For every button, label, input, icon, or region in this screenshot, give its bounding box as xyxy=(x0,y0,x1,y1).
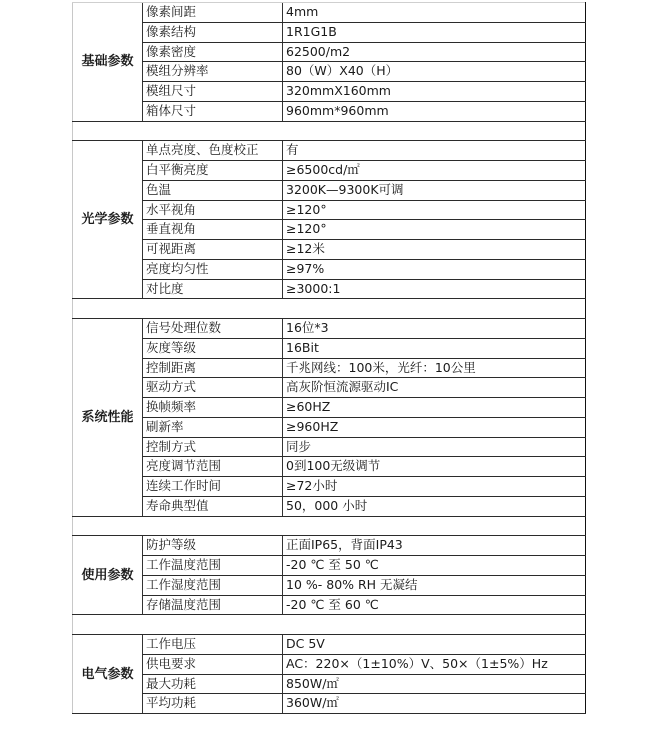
param-value: ≥120° xyxy=(283,200,586,220)
table-row: 像素密度 62500/m2 xyxy=(73,42,586,62)
param-value: 16位*3 xyxy=(283,319,586,339)
param-value: DC 5V xyxy=(283,635,586,655)
table-row: 灰度等级 16Bit xyxy=(73,338,586,358)
param-value: 4mm xyxy=(283,3,586,23)
param-value: 16Bit xyxy=(283,338,586,358)
table-row: 模组分辨率 80（W）X40（H） xyxy=(73,62,586,82)
table-row: 像素结构 1R1G1B xyxy=(73,22,586,42)
param-value: 0到100无级调节 xyxy=(283,457,586,477)
param-value: ≥12米 xyxy=(283,240,586,260)
table-row: 亮度调节范围 0到100无级调节 xyxy=(73,457,586,477)
table-row: 水平视角 ≥120° xyxy=(73,200,586,220)
table-row: 控制方式 同步 xyxy=(73,437,586,457)
param-value: 1R1G1B xyxy=(283,22,586,42)
table-row: 光学参数 单点亮度、色度校正 有 xyxy=(73,141,586,161)
param-value: 960mm*960mm xyxy=(283,101,586,121)
param-name: 白平衡亮度 xyxy=(143,161,283,181)
table-row: 工作湿度范围 10 %- 80% RH 无凝结 xyxy=(73,575,586,595)
param-name: 信号处理位数 xyxy=(143,319,283,339)
spacer-cell xyxy=(73,615,586,635)
param-name: 像素密度 xyxy=(143,42,283,62)
param-name: 灰度等级 xyxy=(143,338,283,358)
param-value: ≥120° xyxy=(283,220,586,240)
table-row: 色温 3200K—9300K可调 xyxy=(73,180,586,200)
param-name: 存储温度范围 xyxy=(143,595,283,615)
table-row: 箱体尺寸 960mm*960mm xyxy=(73,101,586,121)
table-row: 模组尺寸 320mmX160mm xyxy=(73,82,586,102)
param-value: 62500/m2 xyxy=(283,42,586,62)
param-name: 供电要求 xyxy=(143,654,283,674)
param-value: ≥72小时 xyxy=(283,477,586,497)
table-row: 使用参数 防护等级 正面IP65，背面IP43 xyxy=(73,536,586,556)
param-value: -20 ℃ 至 60 ℃ xyxy=(283,595,586,615)
param-value: 同步 xyxy=(283,437,586,457)
param-value: 320mmX160mm xyxy=(283,82,586,102)
section-title-system: 系统性能 xyxy=(73,319,143,517)
param-value: ≥960HZ xyxy=(283,417,586,437)
param-value: 正面IP65，背面IP43 xyxy=(283,536,586,556)
param-name: 工作湿度范围 xyxy=(143,575,283,595)
param-value: -20 ℃ 至 50 ℃ xyxy=(283,556,586,576)
param-name: 驱动方式 xyxy=(143,378,283,398)
param-name: 控制距离 xyxy=(143,358,283,378)
param-name: 箱体尺寸 xyxy=(143,101,283,121)
spacer-cell xyxy=(73,121,586,141)
param-name: 像素间距 xyxy=(143,3,283,23)
param-value: 千兆网线：100米，光纤：10公里 xyxy=(283,358,586,378)
table-row: 工作温度范围 -20 ℃ 至 50 ℃ xyxy=(73,556,586,576)
param-name: 模组尺寸 xyxy=(143,82,283,102)
param-name: 单点亮度、色度校正 xyxy=(143,141,283,161)
param-name: 水平视角 xyxy=(143,200,283,220)
param-value: 850W/㎡ xyxy=(283,674,586,694)
section-title-usage: 使用参数 xyxy=(73,536,143,615)
param-value: ≥97% xyxy=(283,259,586,279)
param-value: ≥60HZ xyxy=(283,398,586,418)
param-name: 防护等级 xyxy=(143,536,283,556)
table-row: 最大功耗 850W/㎡ xyxy=(73,674,586,694)
param-name: 亮度调节范围 xyxy=(143,457,283,477)
table-row: 刷新率 ≥960HZ xyxy=(73,417,586,437)
param-name: 工作电压 xyxy=(143,635,283,655)
table-row: 换帧频率 ≥60HZ xyxy=(73,398,586,418)
table-row: 亮度均匀性 ≥97% xyxy=(73,259,586,279)
param-name: 垂直视角 xyxy=(143,220,283,240)
param-name: 亮度均匀性 xyxy=(143,259,283,279)
param-name: 像素结构 xyxy=(143,22,283,42)
param-name: 刷新率 xyxy=(143,417,283,437)
param-value: 10 %- 80% RH 无凝结 xyxy=(283,575,586,595)
param-name: 工作温度范围 xyxy=(143,556,283,576)
param-name: 可视距离 xyxy=(143,240,283,260)
table-row: 寿命典型值 50，000 小时 xyxy=(73,496,586,516)
table-row: 连续工作时间 ≥72小时 xyxy=(73,477,586,497)
table-row: 电气参数 工作电压 DC 5V xyxy=(73,635,586,655)
table-row: 基础参数 像素间距 4mm xyxy=(73,3,586,23)
param-name: 对比度 xyxy=(143,279,283,299)
table-row: 可视距离 ≥12米 xyxy=(73,240,586,260)
table-row: 对比度 ≥3000:1 xyxy=(73,279,586,299)
spacer-cell xyxy=(73,299,586,319)
spec-sheet: 基础参数 像素间距 4mm 像素结构 1R1G1B 像素密度 62500/m2 … xyxy=(72,2,585,714)
param-value: 高灰阶恒流源驱动IC xyxy=(283,378,586,398)
table-row: 垂直视角 ≥120° xyxy=(73,220,586,240)
table-row: 平均功耗 360W/㎡ xyxy=(73,694,586,714)
param-name: 最大功耗 xyxy=(143,674,283,694)
spacer-row xyxy=(73,615,586,635)
param-value: 3200K—9300K可调 xyxy=(283,180,586,200)
param-value: ≥6500cd/㎡ xyxy=(283,161,586,181)
spacer-cell xyxy=(73,516,586,536)
spacer-row xyxy=(73,516,586,536)
table-row: 控制距离 千兆网线：100米，光纤：10公里 xyxy=(73,358,586,378)
section-title-electrical: 电气参数 xyxy=(73,635,143,714)
table-row: 白平衡亮度 ≥6500cd/㎡ xyxy=(73,161,586,181)
param-value: AC：220×（1±10%）V、50×（1±5%）Hz xyxy=(283,654,586,674)
param-name: 连续工作时间 xyxy=(143,477,283,497)
param-name: 色温 xyxy=(143,180,283,200)
param-value: 360W/㎡ xyxy=(283,694,586,714)
param-name: 控制方式 xyxy=(143,437,283,457)
section-title-optical: 光学参数 xyxy=(73,141,143,299)
param-value: 有 xyxy=(283,141,586,161)
section-title-basic: 基础参数 xyxy=(73,3,143,122)
spec-table: 基础参数 像素间距 4mm 像素结构 1R1G1B 像素密度 62500/m2 … xyxy=(72,2,586,714)
table-row: 驱动方式 高灰阶恒流源驱动IC xyxy=(73,378,586,398)
table-row: 系统性能 信号处理位数 16位*3 xyxy=(73,319,586,339)
param-name: 平均功耗 xyxy=(143,694,283,714)
param-value: 50，000 小时 xyxy=(283,496,586,516)
table-row: 存储温度范围 -20 ℃ 至 60 ℃ xyxy=(73,595,586,615)
param-name: 寿命典型值 xyxy=(143,496,283,516)
param-value: 80（W）X40（H） xyxy=(283,62,586,82)
spacer-row xyxy=(73,299,586,319)
param-name: 模组分辨率 xyxy=(143,62,283,82)
param-name: 换帧频率 xyxy=(143,398,283,418)
table-row: 供电要求 AC：220×（1±10%）V、50×（1±5%）Hz xyxy=(73,654,586,674)
param-value: ≥3000:1 xyxy=(283,279,586,299)
spacer-row xyxy=(73,121,586,141)
